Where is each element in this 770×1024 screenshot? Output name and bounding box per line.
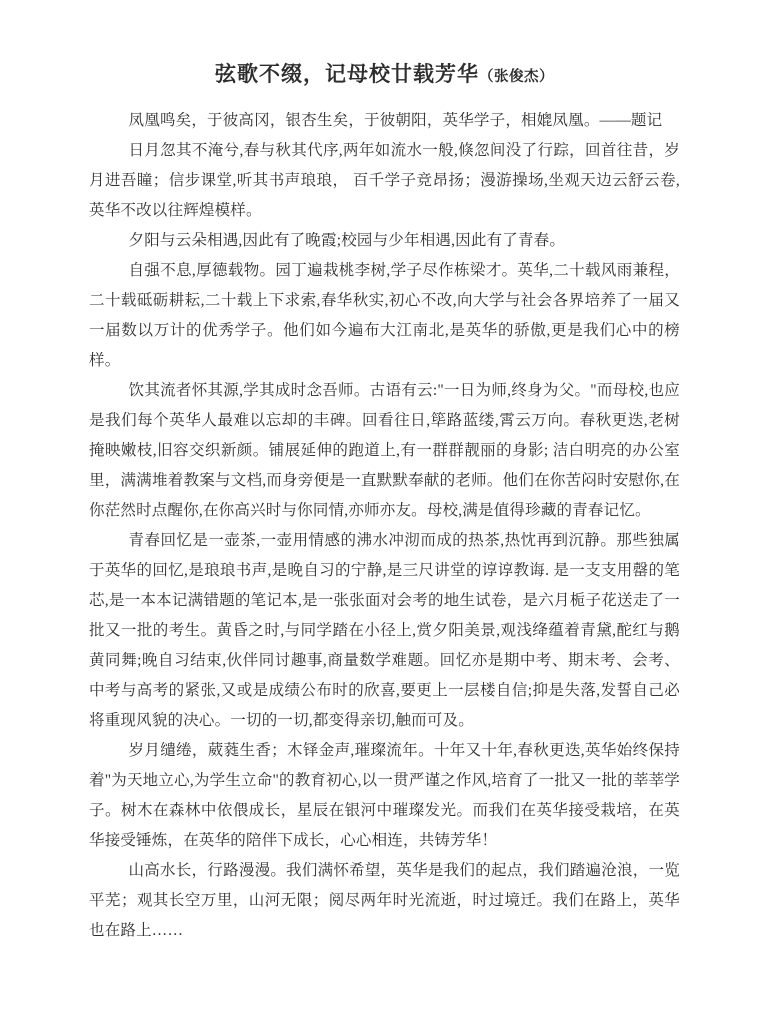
- essay-title: 弦歌不缀，记母校廿载芳华: [215, 62, 479, 86]
- paragraph: 夕阳与云朵相遇,因此有了晚霞;校园与少年相遇,因此有了青春。: [89, 226, 680, 256]
- paragraph: 凤凰鸣矣，于彼高冈，银杏生矣，于彼朝阳，英华学子，相媲凤凰。——题记: [89, 106, 680, 136]
- paragraph: 自强不息,厚德载物。园丁遍栽桃李树,学子尽作栋梁才。英华,二十载风雨兼程，二十载…: [89, 256, 680, 376]
- paragraph: 饮其流者怀其源,学其成时念吾师。古语有云:"一日为师,终身为父。"而母校,也应是…: [89, 376, 680, 526]
- page-title: 弦歌不缀，记母校廿载芳华（张俊杰）: [89, 58, 680, 93]
- document-page: 弦歌不缀，记母校廿载芳华（张俊杰） 凤凰鸣矣，于彼高冈，银杏生矣，于彼朝阳，英华…: [0, 0, 770, 1024]
- paragraph: 日月忽其不淹兮,春与秋其代序,两年如流水一般,倏忽间没了行踪，回首往昔，岁月进吾…: [89, 136, 680, 226]
- paragraph: 山高水长，行路漫漫。我们满怀希望，英华是我们的起点，我们踏遍沧浪，一览平芜；观其…: [89, 856, 680, 946]
- paragraph: 岁月缱绻，葳蕤生香；木铎金声,璀璨流年。十年又十年,春秋更迭,英华始终保持着"为…: [89, 736, 680, 856]
- essay-body: 凤凰鸣矣，于彼高冈，银杏生矣，于彼朝阳，英华学子，相媲凤凰。——题记日月忽其不淹…: [89, 106, 680, 946]
- paragraph: 青春回忆是一壶茶,一壶用情感的沸水冲沏而成的热茶,热忱再到沉静。那些独属于英华的…: [89, 526, 680, 736]
- essay-author: （张俊杰）: [479, 69, 554, 85]
